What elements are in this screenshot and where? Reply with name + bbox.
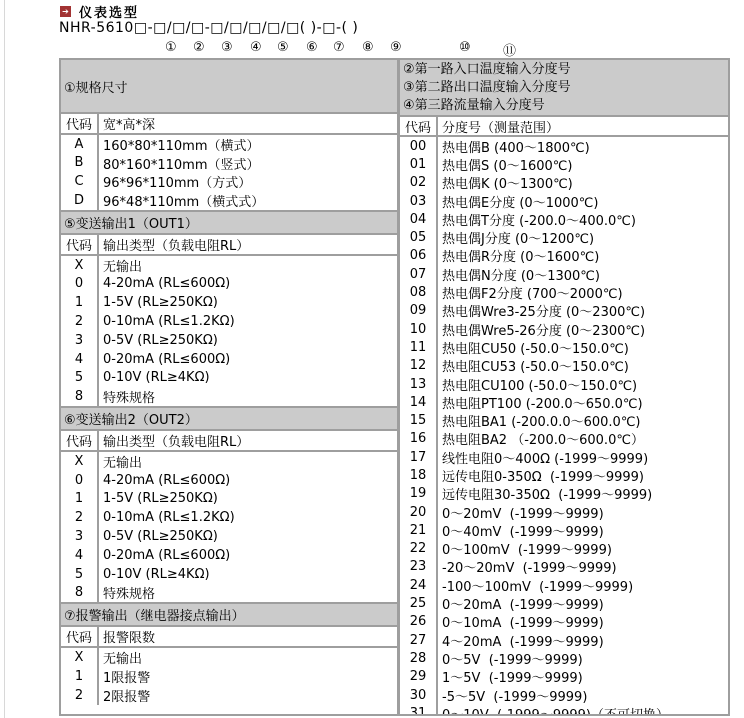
- code-cell: 19: [400, 485, 436, 503]
- table-row: 274～20mA (-1999～9999): [400, 631, 728, 649]
- table-row: 40-20mA (RL≤600Ω): [61, 350, 397, 369]
- code-column-header: 代码: [61, 431, 97, 450]
- desc-cell: 特殊规格: [97, 584, 397, 603]
- code-cell: 5: [61, 369, 97, 388]
- code-cell: 04: [400, 210, 436, 228]
- desc-cell: 0-10mA (RL≤1.2KΩ): [97, 508, 397, 527]
- desc-cell: 热电偶B (400～1800℃): [436, 137, 728, 155]
- code-cell: 1: [61, 667, 97, 686]
- table-row: 06热电偶R分度 (0～1600℃): [400, 247, 728, 265]
- table-row: 01热电偶S (0～1600℃): [400, 155, 728, 173]
- code-cell: 13: [400, 375, 436, 393]
- code-cell: 03: [400, 192, 436, 210]
- code-cell: 01: [400, 155, 436, 173]
- code-column-header: 代码: [61, 627, 97, 646]
- desc-cell: 热电偶N分度 (0～1300℃): [436, 265, 728, 283]
- table-row: A160*80*110mm（横式）: [61, 135, 397, 154]
- desc-cell: 96*96*110mm（方式）: [97, 172, 397, 191]
- desc-cell: 特殊规格: [97, 387, 397, 406]
- table-row: X无输出: [61, 256, 397, 275]
- code-cell: 1: [61, 293, 97, 312]
- table-section: ⑦报警输出（继电器接点输出）代码报警限数X无输出11限报警22限报警: [61, 602, 397, 704]
- desc-cell: 热电偶K (0～1300℃): [436, 174, 728, 192]
- code-cell: A: [61, 135, 97, 154]
- table-row: 200～20mV (-1999～9999): [400, 503, 728, 521]
- desc-cell: 1-5V (RL≥250KΩ): [97, 293, 397, 312]
- desc-cell: 热电阻CU53 (-50.0～150.0℃): [436, 357, 728, 375]
- code-cell: 2: [61, 508, 97, 527]
- desc-cell: 0～40mV (-1999～9999): [436, 521, 728, 539]
- desc-cell: 热电偶T分度 (-200.0～400.0℃): [436, 210, 728, 228]
- table-row: 20-10mA (RL≤1.2KΩ): [61, 508, 397, 527]
- code-cell: 06: [400, 247, 436, 265]
- callout-number: ⑨: [390, 40, 402, 55]
- code-cell: 23: [400, 558, 436, 576]
- table-row: 280～5V (-1999～9999): [400, 649, 728, 667]
- desc-cell: 无输出: [97, 452, 397, 471]
- desc-cell: 热电偶Wre5-26分度 (0～2300℃): [436, 320, 728, 338]
- code-cell: 27: [400, 631, 436, 649]
- code-cell: 00: [400, 137, 436, 155]
- table-row: 310～10V (-1999～9999)（不可切换）: [400, 704, 728, 716]
- code-cell: 17: [400, 448, 436, 466]
- code-column-header: 代码: [61, 235, 97, 254]
- desc-cell: 1～5V (-1999～9999): [436, 668, 728, 686]
- code-cell: 26: [400, 613, 436, 631]
- desc-cell: 2限报警: [97, 686, 397, 705]
- table-row: 50-10V (RL≥4KΩ): [61, 369, 397, 388]
- desc-cell: 0-20mA (RL≤600Ω): [97, 546, 397, 565]
- desc-cell: 热电阻CU50 (-50.0～150.0℃): [436, 338, 728, 356]
- desc-cell: -5～5V (-1999～9999): [436, 686, 728, 704]
- table-row: 04-20mA (RL≤600Ω): [61, 275, 397, 294]
- right-graduation-table: ②第一路入口温度输入分度号③第二路出口温度输入分度号④第三路流量输入分度号代码分…: [399, 58, 730, 716]
- table-row: 250～20mA (-1999～9999): [400, 594, 728, 612]
- table-row: 11-5V (RL≥250KΩ): [61, 490, 397, 509]
- table-row: 11热电阻CU50 (-50.0～150.0℃): [400, 338, 728, 356]
- code-cell: 0: [61, 471, 97, 490]
- graduation-header-line: ④第三路流量输入分度号: [403, 97, 728, 115]
- graduation-header-line: ②第一路入口温度输入分度号: [403, 61, 728, 79]
- desc-cell: 热电阻BA2 （-200.0～600.0℃）: [436, 430, 728, 448]
- desc-cell: 4-20mA (RL≤600Ω): [97, 275, 397, 294]
- table-row: 24-100～100mV (-1999～9999): [400, 576, 728, 594]
- desc-column-header: 报警限数: [97, 627, 397, 646]
- graduation-header-line: ③第二路出口温度输入分度号: [403, 79, 728, 97]
- desc-column-header: 分度号（测量范围）: [436, 117, 728, 135]
- code-cell: 15: [400, 411, 436, 429]
- code-column-header: 代码: [400, 117, 436, 135]
- table-row: 22限报警: [61, 686, 397, 705]
- desc-cell: 热电偶R分度 (0～1600℃): [436, 247, 728, 265]
- desc-cell: 160*80*110mm（横式）: [97, 135, 397, 154]
- code-cell: 09: [400, 302, 436, 320]
- code-cell: 25: [400, 594, 436, 612]
- desc-cell: 1限报警: [97, 667, 397, 686]
- desc-cell: 0-10mA (RL≤1.2KΩ): [97, 312, 397, 331]
- table-row: 8特殊规格: [61, 387, 397, 406]
- page-title: 仪表选型: [79, 2, 139, 21]
- code-cell: D: [61, 191, 97, 210]
- code-cell: 02: [400, 174, 436, 192]
- table-row: 11限报警: [61, 667, 397, 686]
- table-row: 12热电阻CU53 (-50.0～150.0℃): [400, 357, 728, 375]
- table-row: 00热电偶B (400～1800℃): [400, 137, 728, 155]
- desc-cell: 线性电阻0～400Ω (-1999～9999): [436, 448, 728, 466]
- code-cell: 5: [61, 565, 97, 584]
- code-cell: 4: [61, 350, 97, 369]
- column-header-row: 代码宽*高*深: [61, 114, 397, 135]
- code-column-header: 代码: [61, 114, 97, 133]
- table-row: 02热电偶K (0～1300℃): [400, 174, 728, 192]
- table-row: 20-10mA (RL≤1.2KΩ): [61, 312, 397, 331]
- left-selection-table: ①规格尺寸代码宽*高*深A160*80*110mm（横式）B80*160*110…: [59, 58, 399, 716]
- desc-cell: 热电偶J分度 (0～1200℃): [436, 228, 728, 246]
- code-cell: 4: [61, 546, 97, 565]
- desc-cell: 远传电阻30-350Ω (-1999～9999): [436, 485, 728, 503]
- table-row: 8特殊规格: [61, 584, 397, 603]
- code-cell: 8: [61, 584, 97, 603]
- code-cell: 11: [400, 338, 436, 356]
- section-header: ⑦报警输出（继电器接点输出）: [61, 604, 397, 627]
- desc-cell: 热电阻PT100 (-200.0～650.0℃): [436, 393, 728, 411]
- code-cell: 3: [61, 331, 97, 350]
- callout-number: ④: [250, 40, 262, 55]
- code-cell: 0: [61, 275, 97, 294]
- desc-cell: 无输出: [97, 256, 397, 275]
- graduation-header-block: ②第一路入口温度输入分度号③第二路出口温度输入分度号④第三路流量输入分度号: [400, 60, 728, 117]
- code-cell: 22: [400, 540, 436, 558]
- callout-number: ⑤: [277, 40, 289, 55]
- table-row: 04热电偶T分度 (-200.0～400.0℃): [400, 210, 728, 228]
- table-row: X无输出: [61, 648, 397, 667]
- table-row: 04-20mA (RL≤600Ω): [61, 471, 397, 490]
- code-cell: 30: [400, 686, 436, 704]
- desc-cell: 0-20mA (RL≤600Ω): [97, 350, 397, 369]
- section-arrow-icon: ➔: [60, 6, 71, 17]
- column-header-row: 代码分度号（测量范围）: [400, 117, 728, 137]
- desc-cell: 4-20mA (RL≤600Ω): [97, 471, 397, 490]
- table-row: 210～40mV (-1999～9999): [400, 521, 728, 539]
- code-cell: 21: [400, 521, 436, 539]
- table-row: 30-5～5V (-1999～9999): [400, 686, 728, 704]
- desc-cell: 远传电阻0-350Ω (-1999～9999): [436, 466, 728, 484]
- callout-number: ⑩: [459, 40, 471, 55]
- desc-cell: -100～100mV (-1999～9999): [436, 576, 728, 594]
- desc-cell: 96*48*110mm（横式式）: [97, 191, 397, 210]
- desc-cell: 0～10V (-1999～9999)（不可切换）: [436, 704, 728, 716]
- desc-cell: -20～20mV (-1999～9999): [436, 558, 728, 576]
- code-cell: 3: [61, 527, 97, 546]
- table-row: 50-10V (RL≥4KΩ): [61, 565, 397, 584]
- table-row: 03热电偶E分度 (0～1000℃): [400, 192, 728, 210]
- code-cell: 18: [400, 466, 436, 484]
- column-header-row: 代码输出类型（负载电阻RL）: [61, 235, 397, 256]
- desc-cell: 热电阻BA1 (-200.0.0～600.0℃): [436, 411, 728, 429]
- table-section: ⑥变送输出2（OUT2）代码输出类型（负载电阻RL）X无输出04-20mA (R…: [61, 406, 397, 602]
- section-header: ⑤变送输出1（OUT1）: [61, 212, 397, 235]
- table-row: 17线性电阻0～400Ω (-1999～9999): [400, 448, 728, 466]
- code-cell: 31: [400, 704, 436, 716]
- table-row: 11-5V (RL≥250KΩ): [61, 293, 397, 312]
- code-cell: C: [61, 172, 97, 191]
- desc-cell: 0-10V (RL≥4KΩ): [97, 369, 397, 388]
- table-row: 05热电偶J分度 (0～1200℃): [400, 228, 728, 246]
- desc-cell: 0～20mV (-1999～9999): [436, 503, 728, 521]
- callout-number: ⑥: [306, 40, 318, 55]
- desc-column-header: 宽*高*深: [97, 114, 397, 133]
- section-header: ①规格尺寸: [61, 60, 397, 114]
- callout-number: ⑦: [333, 40, 345, 55]
- code-cell: 24: [400, 576, 436, 594]
- desc-cell: 0～100mV (-1999～9999): [436, 540, 728, 558]
- code-cell: 1: [61, 490, 97, 509]
- table-row: 16热电阻BA2 （-200.0～600.0℃）: [400, 430, 728, 448]
- table-row: 220～100mV (-1999～9999): [400, 540, 728, 558]
- code-cell: 8: [61, 387, 97, 406]
- table-row: 10热电偶Wre5-26分度 (0～2300℃): [400, 320, 728, 338]
- column-header-row: 代码报警限数: [61, 627, 397, 648]
- code-cell: 29: [400, 668, 436, 686]
- table-row: X无输出: [61, 452, 397, 471]
- table-row: 291～5V (-1999～9999): [400, 668, 728, 686]
- table-row: 23-20～20mV (-1999～9999): [400, 558, 728, 576]
- code-cell: B: [61, 154, 97, 173]
- desc-cell: 80*160*110mm（竖式）: [97, 154, 397, 173]
- code-cell: 05: [400, 228, 436, 246]
- table-row: 14热电阻PT100 (-200.0～650.0℃): [400, 393, 728, 411]
- code-cell: X: [61, 452, 97, 471]
- table-row: 18远传电阻0-350Ω (-1999～9999): [400, 466, 728, 484]
- table-section: ⑤变送输出1（OUT1）代码输出类型（负载电阻RL）X无输出04-20mA (R…: [61, 210, 397, 406]
- desc-cell: 4～20mA (-1999～9999): [436, 631, 728, 649]
- callout-number: ②: [193, 40, 205, 55]
- table-row: B80*160*110mm（竖式）: [61, 154, 397, 173]
- model-code-line: NHR-5610□-□/□/□-□/□/□/□/□( )-□-( ): [59, 20, 358, 36]
- desc-cell: 0～10mA (-1999～9999): [436, 613, 728, 631]
- desc-column-header: 输出类型（负载电阻RL）: [97, 235, 397, 254]
- code-cell: 08: [400, 283, 436, 301]
- desc-cell: 0～5V (-1999～9999): [436, 649, 728, 667]
- code-cell: 28: [400, 649, 436, 667]
- section-header: ⑥变送输出2（OUT2）: [61, 408, 397, 431]
- desc-cell: 无输出: [97, 648, 397, 667]
- code-cell: X: [61, 648, 97, 667]
- code-cell: 14: [400, 393, 436, 411]
- table-row: 19远传电阻30-350Ω (-1999～9999): [400, 485, 728, 503]
- table-row: 09热电偶Wre3-25分度 (0～2300℃): [400, 302, 728, 320]
- code-cell: 12: [400, 357, 436, 375]
- desc-cell: 热电偶S (0～1600℃): [436, 155, 728, 173]
- table-row: 13热电阻CU100 (-50.0～150.0℃): [400, 375, 728, 393]
- page-left-divider: [4, 0, 5, 718]
- column-header-row: 代码输出类型（负载电阻RL）: [61, 431, 397, 452]
- table-row: 260～10mA (-1999～9999): [400, 613, 728, 631]
- code-cell: X: [61, 256, 97, 275]
- table-row: 15热电阻BA1 (-200.0.0～600.0℃): [400, 411, 728, 429]
- spec-sheet-page: ➔ 仪表选型 NHR-5610□-□/□/□-□/□/□/□/□( )-□-( …: [0, 0, 744, 718]
- desc-cell: 热电偶F2分度 (700～2000℃): [436, 283, 728, 301]
- desc-cell: 热电阻CU100 (-50.0～150.0℃): [436, 375, 728, 393]
- callout-number: ⑪: [503, 40, 516, 59]
- table-section: ①规格尺寸代码宽*高*深A160*80*110mm（横式）B80*160*110…: [61, 60, 397, 210]
- callout-number: ③: [221, 40, 233, 55]
- table-row: 30-5V (RL≥250KΩ): [61, 331, 397, 350]
- desc-cell: 0～20mA (-1999～9999): [436, 594, 728, 612]
- code-cell: 20: [400, 503, 436, 521]
- table-row: 30-5V (RL≥250KΩ): [61, 527, 397, 546]
- code-cell: 10: [400, 320, 436, 338]
- desc-cell: 0-5V (RL≥250KΩ): [97, 527, 397, 546]
- table-row: 07热电偶N分度 (0～1300℃): [400, 265, 728, 283]
- desc-cell: 0-10V (RL≥4KΩ): [97, 565, 397, 584]
- desc-cell: 0-5V (RL≥250KΩ): [97, 331, 397, 350]
- code-cell: 16: [400, 430, 436, 448]
- desc-cell: 1-5V (RL≥250KΩ): [97, 490, 397, 509]
- callout-number: ①: [165, 40, 177, 55]
- code-cell: 2: [61, 312, 97, 331]
- desc-column-header: 输出类型（负载电阻RL）: [97, 431, 397, 450]
- table-row: 08热电偶F2分度 (700～2000℃): [400, 283, 728, 301]
- table-row: D96*48*110mm（横式式）: [61, 191, 397, 210]
- code-cell: 07: [400, 265, 436, 283]
- callout-number: ⑧: [362, 40, 374, 55]
- table-row: C96*96*110mm（方式）: [61, 172, 397, 191]
- desc-cell: 热电偶Wre3-25分度 (0～2300℃): [436, 302, 728, 320]
- table-row: 40-20mA (RL≤600Ω): [61, 546, 397, 565]
- code-cell: 2: [61, 686, 97, 705]
- desc-cell: 热电偶E分度 (0～1000℃): [436, 192, 728, 210]
